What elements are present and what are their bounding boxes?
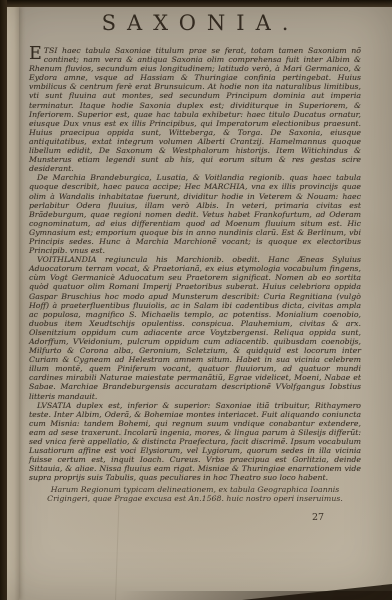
page-binding-edge [7,7,19,600]
paragraph-lusatia: LVSATIA duplex est, inferior & superior:… [29,401,361,483]
paragraph-marchia: De Marchia Brandeburgica, Lusatia, & Voi… [29,173,361,255]
colophon: Harum Regionum typicam delineationem, ex… [29,485,361,504]
photo-corner-shadow [242,584,392,600]
photo-left-edge-shadow [0,0,7,600]
paragraph-saxonia: ETSI haec tabula Saxoniae titulum prae s… [29,46,361,173]
page-title: SAXONIA. [29,11,361,35]
colophon-line-1: Harum Regionum typicam delineationem, ex… [29,485,361,494]
photo-top-edge-shadow [0,0,392,7]
book-page-photo: SAXONIA. ETSI haec tabula Saxoniae titul… [0,0,392,600]
body-text: ETSI haec tabula Saxoniae titulum prae s… [29,46,361,483]
paragraph-voithlandia: VOITHLANDIA regiuncula his Marchionib. o… [29,255,361,401]
paragraph-saxonia-text: TSI haec tabula Saxoniae titulum prae se… [29,46,361,173]
drop-cap: E [29,46,44,62]
page-content: SAXONIA. ETSI haec tabula Saxoniae titul… [29,11,361,503]
colophon-line-2: Crigingeri, quae Pragae excusa est An.15… [29,494,361,503]
page-number: 27 [312,512,324,523]
